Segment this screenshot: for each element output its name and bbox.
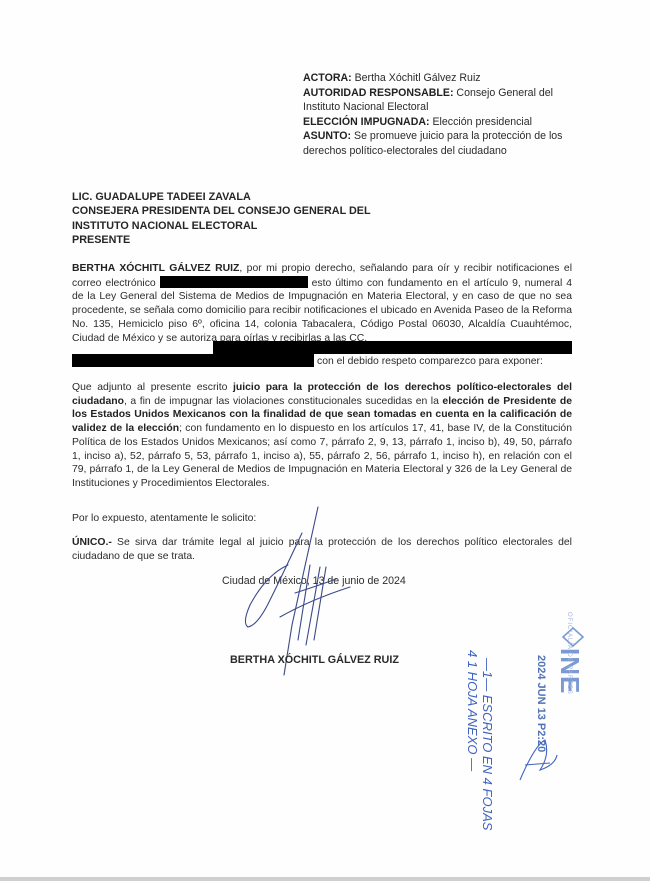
addressee-block: LIC. GUADALUPE TADEEI ZAVALA CONSEJERA P… [72,190,402,248]
stamp-office: OFICIALÍA DE PARTES [566,612,572,695]
asunto-line: ASUNTO: Se promueve juicio para la prote… [303,129,583,158]
ine-logo-mark-icon [560,625,586,649]
actora-line: ACTORA: Bertha Xóchitl Gálvez Ruiz [303,71,583,86]
signer-name: BERTHA XÓCHITL GÁLVEZ RUIZ [230,654,399,666]
stamp-initials-signature [515,735,560,785]
handwritten-note-fojas: —1— ESCRITO EN 4 FOJAS [480,658,495,830]
redacted-email [160,276,308,288]
redacted-names-1 [213,341,572,354]
addressee-title: CONSEJERA PRESIDENTA DEL CONSEJO GENERAL… [72,204,402,218]
eleccion-line: ELECCIÓN IMPUGNADA: Elección presidencia… [303,115,583,130]
redacted-names-2 [72,354,314,367]
page-bottom-edge [0,877,650,881]
handwritten-note-anexo: 4 1 HOJA ANEXO — [465,650,480,771]
autoridad-line: AUTORIDAD RESPONSABLE: Consejo General d… [303,86,583,115]
paragraph-introduction-end: con el debido respeto comparezco para ex… [317,355,577,369]
case-header: ACTORA: Bertha Xóchitl Gálvez Ruiz AUTOR… [303,71,583,158]
document-page: ACTORA: Bertha Xóchitl Gálvez Ruiz AUTOR… [0,0,650,881]
addressee-presente: PRESENTE [72,233,402,247]
paragraph-introduction: BERTHA XÓCHITL GÁLVEZ RUIZ, por mi propi… [72,262,572,345]
addressee-name: LIC. GUADALUPE TADEEI ZAVALA [72,190,402,204]
addressee-institution: INSTITUTO NACIONAL ELECTORAL [72,219,402,233]
paragraph-exposition: Que adjunto al presente escrito juicio p… [72,381,572,491]
actora-name: BERTHA XÓCHITL GÁLVEZ RUIZ [72,263,239,274]
